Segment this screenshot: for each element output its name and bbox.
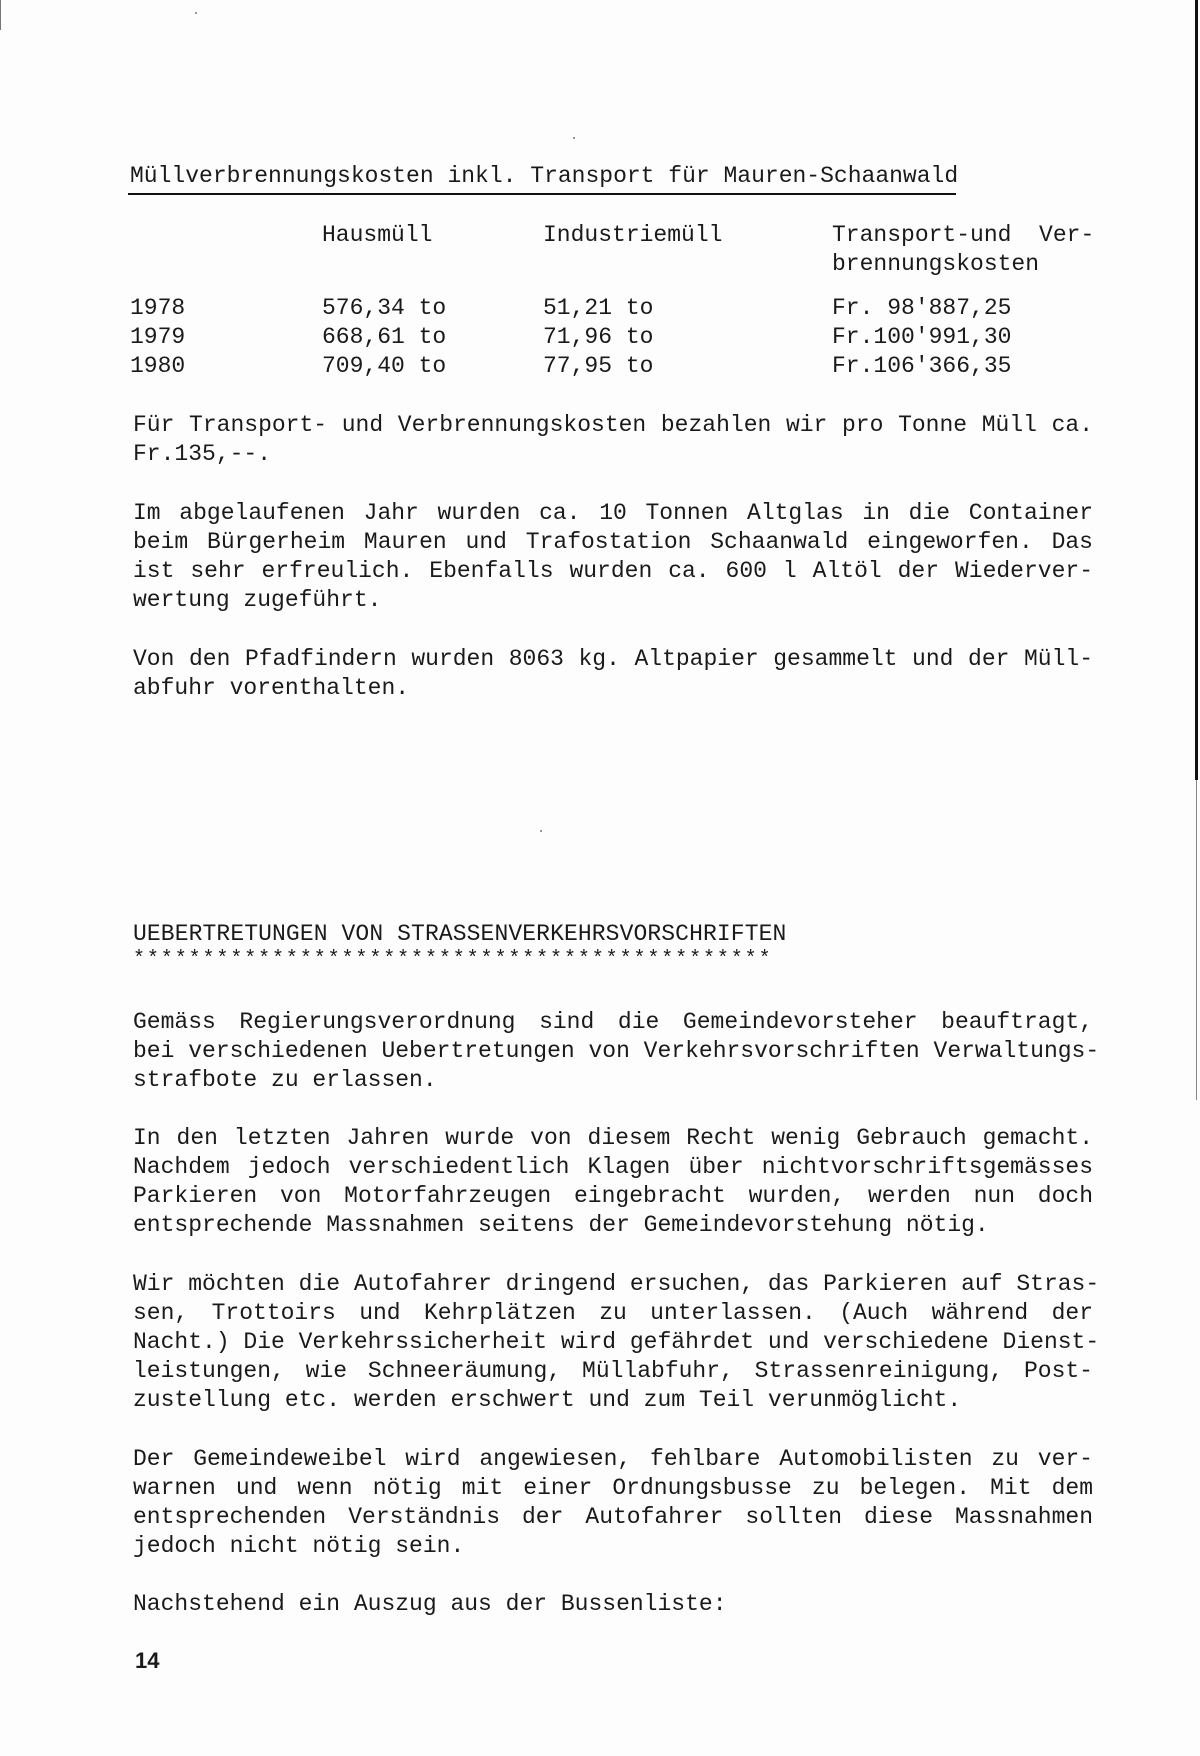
paragraph-altpapier: Von den Pfadfindern wurden 8063 kg. Altp… (133, 645, 1093, 703)
scan-edge-right-faint (1196, 780, 1197, 1100)
text-line: Parkieren von Motorfahrzeugen eingebrach… (133, 1182, 1093, 1211)
text-line: Wir möchten die Autofahrer dringend ersu… (133, 1270, 1093, 1299)
cell-year: 1979 (130, 323, 185, 352)
paragraph-bussenliste: Nachstehend ein Auszug aus der Bussenlis… (133, 1590, 1093, 1619)
col-header-kosten-2: brennungskosten (832, 250, 1039, 279)
paragraph-regierungsverordnung: Gemäss Regierungsverordnung sind die Gem… (133, 1008, 1093, 1095)
text-line: zustellung etc. werden erschwert und zum… (133, 1386, 1093, 1415)
text-line: Von den Pfadfindern wurden 8063 kg. Altp… (133, 645, 1093, 674)
paragraph-gemeindeweibel: Der Gemeindeweibel wird angewiesen, fehl… (133, 1445, 1093, 1561)
text-line: Der Gemeindeweibel wird angewiesen, fehl… (133, 1445, 1093, 1474)
text-line: Fr.135,--. (133, 440, 1093, 469)
col-header-kosten-1: Transport-und Ver- (832, 221, 1094, 250)
text-line: leistungen, wie Schneeräumung, Müllabfuh… (133, 1357, 1093, 1386)
text-line: sen, Trottoirs und Kehrplätzen zu unterl… (133, 1299, 1093, 1328)
cell-hausmuell: 709,40 to (322, 352, 446, 381)
scan-speck (540, 830, 542, 832)
col-header-industriemuell: Industriemüll (543, 221, 722, 250)
text-line: Gemäss Regierungsverordnung sind die Gem… (133, 1008, 1093, 1037)
paragraph-autofahrer: Wir möchten die Autofahrer dringend ersu… (133, 1270, 1093, 1415)
text-line: Nacht.) Die Verkehrssicherheit wird gefä… (133, 1328, 1093, 1357)
text-line: entsprechende Massnahmen seitens der Gem… (133, 1211, 1093, 1240)
scan-edge-right (1195, 0, 1198, 780)
heading-asterisk-rule: ****************************************… (133, 950, 773, 970)
text-line: Im abgelaufenen Jahr wurden ca. 10 Tonne… (133, 499, 1093, 528)
cell-industriemuell: 71,96 to (543, 323, 653, 352)
cell-industriemuell: 77,95 to (543, 352, 653, 381)
cell-kosten: Fr.100'991,30 (832, 323, 1011, 352)
text-line: strafbote zu erlassen. (133, 1066, 1093, 1095)
paragraph-altglas: Im abgelaufenen Jahr wurden ca. 10 Tonne… (133, 499, 1093, 615)
section-title-waste-costs: Müllverbrennungskosten inkl. Transport f… (130, 162, 958, 190)
text-line: warnen und wenn nötig mit einer Ordnungs… (133, 1474, 1093, 1503)
section-heading-traffic: UEBERTRETUNGEN VON STRASSENVERKEHRSVORSC… (133, 920, 786, 949)
cell-industriemuell: 51,21 to (543, 294, 653, 323)
text-line: Nachdem jedoch verschiedentlich Klagen ü… (133, 1153, 1093, 1182)
cell-hausmuell: 576,34 to (322, 294, 446, 323)
text-line: In den letzten Jahren wurde von diesem R… (133, 1124, 1093, 1153)
paragraph-recht: In den letzten Jahren wurde von diesem R… (133, 1124, 1093, 1240)
scan-speck (573, 137, 575, 139)
cell-year: 1978 (130, 294, 185, 323)
col-header-hausmuell: Hausmüll (322, 221, 432, 250)
title-underline (128, 193, 956, 195)
scan-edge-left (0, 0, 1, 30)
text-line: Nachstehend ein Auszug aus der Bussenlis… (133, 1590, 1093, 1619)
text-line: beim Bürgerheim Mauren und Trafostation … (133, 528, 1093, 557)
cell-kosten: Fr. 98'887,25 (832, 294, 1011, 323)
cell-hausmuell: 668,61 to (322, 323, 446, 352)
paragraph-cost-per-ton: Für Transport- und Verbrennungskosten be… (133, 411, 1093, 469)
page-number: 14 (135, 1648, 159, 1674)
scan-speck (195, 12, 197, 14)
text-line: Für Transport- und Verbrennungskosten be… (133, 411, 1093, 440)
cell-kosten: Fr.106'366,35 (832, 352, 1011, 381)
text-line: ist sehr erfreulich. Ebenfalls wurden ca… (133, 557, 1093, 586)
text-line: bei verschiedenen Uebertretungen von Ver… (133, 1037, 1093, 1066)
text-line: abfuhr vorenthalten. (133, 674, 1093, 703)
text-line: entsprechenden Verständnis der Autofahre… (133, 1503, 1093, 1532)
cell-year: 1980 (130, 352, 185, 381)
text-line: jedoch nicht nötig sein. (133, 1532, 1093, 1561)
text-line: wertung zugeführt. (133, 586, 1093, 615)
